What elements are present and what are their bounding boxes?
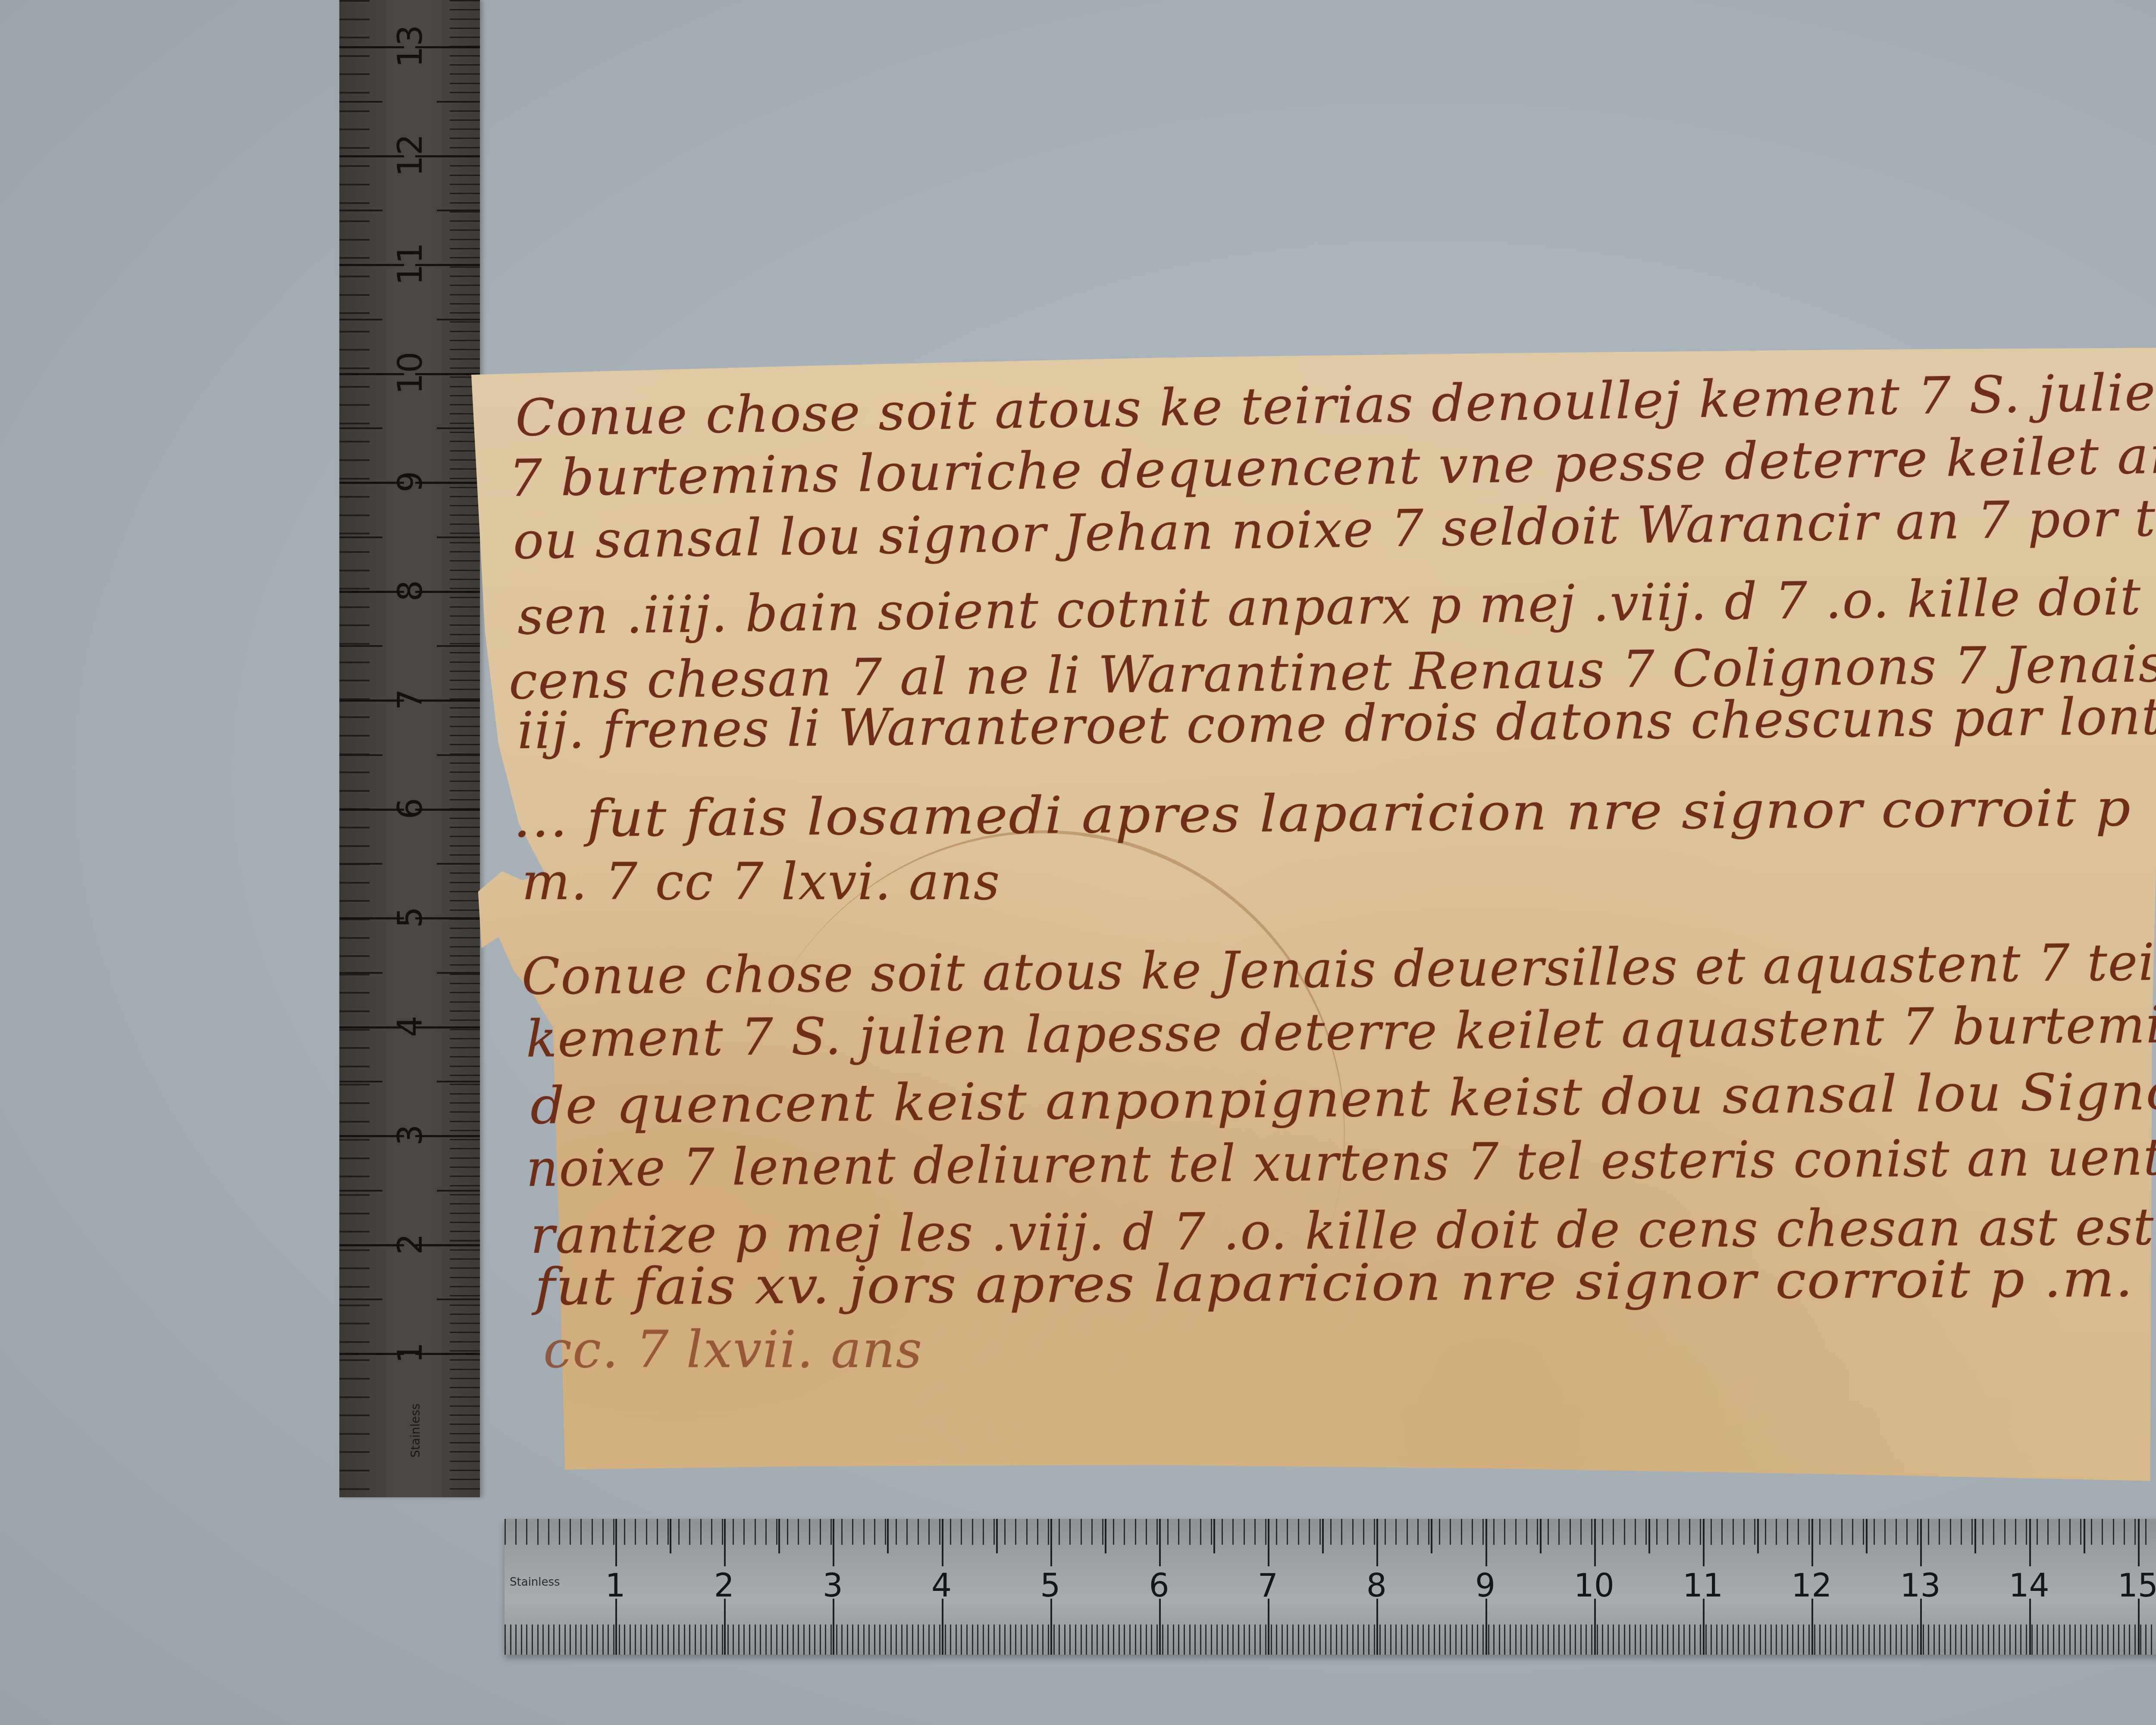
- ruler-half-cm-tick: [1105, 1519, 1106, 1553]
- ruler-mm-ticks-right: [450, 0, 480, 1497]
- text-line: m. 7 cc 7 lxvi. ans: [522, 852, 1000, 911]
- ruler-half-cm-tick: [437, 754, 480, 756]
- ruler-cm-tick: [1920, 1519, 1922, 1566]
- ruler-cm-label: 1: [391, 1329, 430, 1377]
- ruler-half-cm-tick: [1648, 1519, 1650, 1553]
- ruler-cm-label: 3: [807, 1564, 859, 1607]
- ruler-half-cm-tick: [437, 427, 480, 429]
- ruler-cm-label: 11: [391, 240, 430, 288]
- ruler-half-cm-tick: [339, 645, 382, 647]
- ruler-half-cm-tick: [437, 101, 480, 103]
- ruler-half-cm-tick: [1866, 1519, 1868, 1553]
- ruler-half-cm-tick: [437, 1298, 480, 1300]
- ruler-cm-label: 5: [391, 894, 430, 941]
- ruler-cm-label: 2: [391, 1220, 430, 1268]
- ruler-half-cm-tick: [339, 972, 382, 974]
- ruler-cm-tick: [1485, 1519, 1487, 1566]
- ruler-cm-tick: [2029, 1519, 2031, 1566]
- ruler-cm-label: 13: [391, 22, 430, 70]
- ruler-cm-label: 8: [391, 567, 430, 615]
- text-line: cc. 7 lxvii. ans: [543, 1320, 923, 1379]
- ruler-cm-label: 15: [2112, 1564, 2156, 1607]
- ruler-brand-label: Stainless: [510, 1576, 560, 1589]
- ruler-half-cm-tick: [437, 319, 480, 320]
- ruler-half-cm-tick: [1974, 1519, 1976, 1553]
- ruler-half-cm-tick: [437, 1081, 480, 1082]
- ruler-cm-label: 9: [391, 458, 430, 505]
- ruler-cm-tick: [2138, 1519, 2140, 1566]
- ruler-cm-label: 11: [1677, 1564, 1729, 1607]
- bottom-ruler: Stainless 12345678910111213141516171819: [505, 1519, 2156, 1655]
- ruler-cm-label: 7: [391, 676, 430, 723]
- ruler-cm-label: 12: [391, 132, 430, 179]
- ruler-half-cm-tick: [1213, 1519, 1215, 1553]
- text-line: fut fais xv. jors apres laparicion nre s…: [535, 1249, 2134, 1317]
- ruler-cm-label: 1: [589, 1564, 641, 1607]
- ruler-half-cm-tick: [339, 754, 382, 756]
- ruler-half-cm-tick: [339, 1081, 382, 1082]
- ruler-half-cm-tick: [778, 1519, 780, 1553]
- ruler-mm-ticks-left: [339, 0, 370, 1497]
- ruler-cm-tick: [724, 1519, 726, 1566]
- ruler-half-cm-tick: [437, 972, 480, 974]
- ruler-half-cm-tick: [339, 210, 382, 211]
- ruler-cm-tick: [1050, 1519, 1052, 1566]
- ruler-half-cm-tick: [437, 536, 480, 538]
- ruler-cm-label: 3: [391, 1111, 430, 1159]
- ruler-cm-tick: [833, 1519, 834, 1566]
- ruler-half-cm-tick: [339, 863, 382, 865]
- ruler-mm-ticks-top: [505, 1519, 2156, 1545]
- ruler-half-cm-tick: [1322, 1519, 1324, 1553]
- ruler-cm-tick: [1268, 1519, 1269, 1566]
- ruler-half-cm-tick: [437, 210, 480, 211]
- ruler-cm-tick: [942, 1519, 943, 1566]
- ruler-cm-tick: [1594, 1519, 1596, 1566]
- ruler-half-cm-tick: [437, 863, 480, 865]
- ruler-cm-tick: [1376, 1519, 1378, 1566]
- ruler-half-cm-tick: [339, 1190, 382, 1192]
- ruler-cm-label: 6: [391, 785, 430, 832]
- ruler-cm-tick: [615, 1519, 617, 1566]
- ruler-half-cm-tick: [1431, 1519, 1432, 1553]
- ruler-brand-label: Stainless: [408, 1406, 426, 1458]
- ruler-half-cm-tick: [996, 1519, 998, 1553]
- ruler-cm-label: 12: [1786, 1564, 1837, 1607]
- ruler-mm-ticks-bottom: [505, 1625, 2156, 1655]
- ruler-half-cm-tick: [887, 1519, 889, 1553]
- ruler-half-cm-tick: [2084, 1519, 2085, 1553]
- ruler-cm-label: 4: [391, 1003, 430, 1050]
- ruler-half-cm-tick: [339, 427, 382, 429]
- ruler-cm-label: 2: [698, 1564, 750, 1607]
- text-line: ... fut fais losamedi apres laparicion n…: [513, 778, 2132, 849]
- ruler-cm-label: 9: [1460, 1564, 1511, 1607]
- ruler-cm-label: 14: [2003, 1564, 2055, 1607]
- ruler-cm-label: 6: [1133, 1564, 1185, 1607]
- ruler-half-cm-tick: [670, 1519, 671, 1553]
- ruler-half-cm-tick: [1540, 1519, 1542, 1553]
- ruler-cm-label: 5: [1025, 1564, 1076, 1607]
- ruler-cm-tick: [1703, 1519, 1705, 1566]
- ruler-cm-label: 4: [916, 1564, 968, 1607]
- ruler-half-cm-tick: [1757, 1519, 1759, 1553]
- ruler-cm-label: 10: [1568, 1564, 1620, 1607]
- ruler-cm-label: 13: [1894, 1564, 1946, 1607]
- ruler-half-cm-tick: [437, 1190, 480, 1192]
- ruler-half-cm-tick: [339, 536, 382, 538]
- vertical-ruler: 12345678910111213Stainless: [339, 0, 480, 1497]
- ruler-half-cm-tick: [339, 101, 382, 103]
- ruler-cm-tick: [1159, 1519, 1161, 1566]
- ruler-cm-tick: [1811, 1519, 1813, 1566]
- ruler-cm-label: 8: [1351, 1564, 1402, 1607]
- ruler-half-cm-tick: [339, 319, 382, 320]
- ruler-half-cm-tick: [437, 645, 480, 647]
- ruler-half-cm-tick: [339, 1298, 382, 1300]
- ruler-cm-label: 7: [1242, 1564, 1294, 1607]
- text-line: noixe 7 lenent deliurent tel xurtens 7 t…: [526, 1126, 2156, 1198]
- ruler-cm-label: 10: [391, 349, 430, 397]
